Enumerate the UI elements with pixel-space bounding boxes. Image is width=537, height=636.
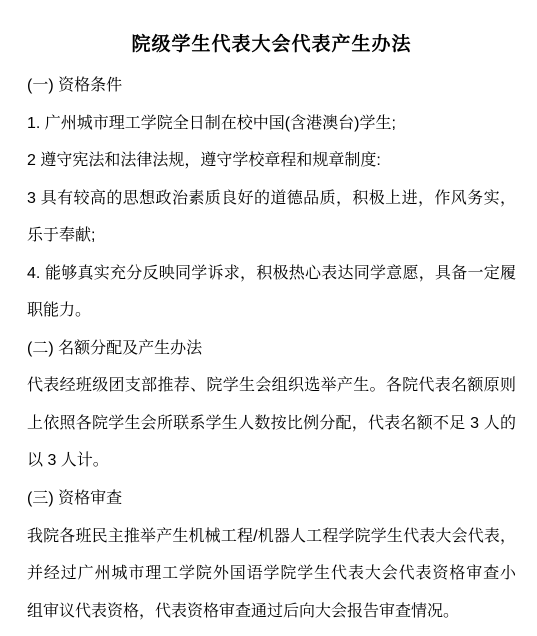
list-item-4: 4. 能够真实充分反映同学诉求，积极热心表达同学意愿，具备一定履 [27, 255, 516, 293]
paragraph-3-line-3: 组审议代表资格，代表资格审查通过后向大会报告审查情况。 [27, 593, 516, 631]
document-page: 院级学生代表大会代表产生办法 (一) 资格条件 1. 广州城市理工学院全日制在校… [0, 0, 537, 636]
list-item-1: 1. 广州城市理工学院全日制在校中国(含港澳台)学生; [27, 105, 516, 143]
paragraph-2-line-1: 代表经班级团支部推荐、院学生会组织选举产生。各院代表名额原则 [27, 367, 516, 405]
document-title: 院级学生代表大会代表产生办法 [27, 31, 516, 59]
section-heading-1: (一) 资格条件 [27, 67, 516, 105]
list-item-3: 3 具有较高的思想政治素质良好的道德品质，积极上进，作风务实， [27, 180, 516, 218]
paragraph-2-line-2: 上依照各院学生会所联系学生人数按比例分配，代表名额不足 3 人的 [27, 405, 516, 443]
list-item-4-continuation: 职能力。 [27, 292, 516, 330]
paragraph-3-line-1: 我院各班民主推举产生机械工程/机器人工程学院学生代表大会代表， [27, 518, 516, 556]
list-item-2: 2 遵守宪法和法律法规，遵守学校章程和规章制度: [27, 142, 516, 180]
section-heading-3: (三) 资格审查 [27, 480, 516, 518]
paragraph-2-line-3: 以 3 人计。 [27, 442, 516, 480]
list-item-3-continuation: 乐于奉献; [27, 217, 516, 255]
paragraph-3-line-2: 并经过广州城市理工学院外国语学院学生代表大会代表资格审查小 [27, 555, 516, 593]
section-heading-2: (二) 名额分配及产生办法 [27, 330, 516, 368]
